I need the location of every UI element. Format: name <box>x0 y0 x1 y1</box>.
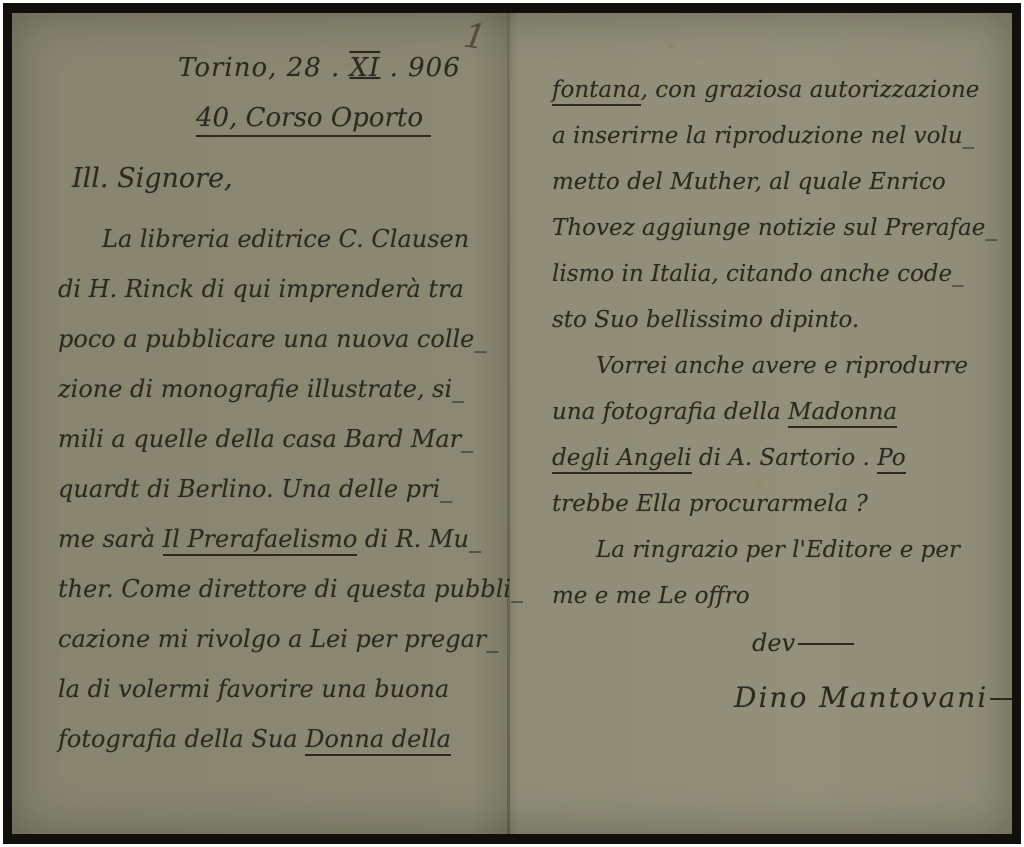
scan-outer-frame: 1 Torino, 28 . XI . 906 40, Corso Oporto… <box>0 0 1024 847</box>
underlined-title: Il Prerafaelismo <box>163 525 358 556</box>
underlined-title: Donna della <box>305 725 451 756</box>
line-text: fotografia della Sua <box>58 725 305 753</box>
handwritten-line: Vorrei anche avere e riprodurre <box>552 353 1004 399</box>
left-page-body: La libreria editrice C. Clausen di H. Ri… <box>58 225 524 775</box>
date-roman-numeral: XI <box>350 53 381 83</box>
closing-abbreviation: dev <box>752 629 854 657</box>
line-text: una fotografia della <box>552 399 788 425</box>
handwritten-line: trebbe Ella procurarmela ? <box>552 491 1004 537</box>
handwritten-line: sto Suo bellissimo dipinto. <box>552 307 1004 353</box>
handwritten-line: ther. Come direttore di questa pubbli_ <box>58 575 524 625</box>
handwritten-line: lismo in Italia, citando anche code_ <box>552 261 1004 307</box>
handwritten-line: poco a pubblicare una nuova colle_ <box>58 325 524 375</box>
underlined-title: Madonna <box>788 399 897 428</box>
handwritten-line: la di volermi favorire una buona <box>58 675 524 725</box>
date-line: Torino, 28 . XI . 906 <box>178 53 461 83</box>
date-prefix: Torino, 28 . <box>178 53 350 83</box>
handwritten-line: fotografia della Sua Donna della <box>58 725 524 775</box>
date-suffix: . 906 <box>380 53 460 83</box>
handwritten-line: me sarà Il Prerafaelismo di R. Mu_ <box>58 525 524 575</box>
letter-paper: 1 Torino, 28 . XI . 906 40, Corso Oporto… <box>12 13 1012 834</box>
handwritten-line: La libreria editrice C. Clausen <box>58 225 524 275</box>
handwritten-line: cazione mi rivolgo a Lei per pregar_ <box>58 625 524 675</box>
handwritten-line: zione di monografie illustrate, si_ <box>58 375 524 425</box>
line-text: me sarà <box>58 525 163 553</box>
closing-text: dev <box>752 629 795 657</box>
address-line: 40, Corso Oporto <box>196 103 431 137</box>
underlined-title: degli Angeli <box>552 445 692 474</box>
line-text: di A. Sartorio . <box>692 445 878 471</box>
signature-text: Dino Mantovani <box>734 681 988 714</box>
handwritten-line: degli Angeli di A. Sartorio . Po <box>552 445 1004 491</box>
handwritten-line: di H. Rinck di qui imprenderà tra <box>58 275 524 325</box>
hyphenated-word: Po <box>877 445 905 474</box>
handwritten-line: a inserirne la riproduzione nel volu_ <box>552 123 1004 169</box>
signature-flourish <box>990 698 1012 700</box>
right-page-body: fontana, con graziosa autorizzazione a i… <box>552 77 1004 629</box>
line-text: di R. Mu_ <box>357 525 481 553</box>
handwritten-line: fontana, con graziosa autorizzazione <box>552 77 1004 123</box>
handwritten-line: una fotografia della Madonna <box>552 399 1004 445</box>
handwritten-line: mili a quelle della casa Bard Mar_ <box>58 425 524 475</box>
line-text: , con graziosa autorizzazione <box>641 77 980 103</box>
photo-black-border: 1 Torino, 28 . XI . 906 40, Corso Oporto… <box>3 3 1021 844</box>
handwritten-line: metto del Muther, al quale Enrico <box>552 169 1004 215</box>
handwritten-line: La ringrazio per l'Editore e per <box>552 537 1004 583</box>
handwritten-line: me e me Le offro <box>552 583 1004 629</box>
handwritten-line: Thovez aggiunge notizie sul Prerafae_ <box>552 215 1004 261</box>
underlined-title: fontana <box>552 77 641 106</box>
handwritten-line: quardt di Berlino. Una delle pri_ <box>58 475 524 525</box>
signature: Dino Mantovani <box>734 681 1012 714</box>
salutation: Ill. Signore, <box>72 163 233 194</box>
pen-flourish <box>798 643 854 645</box>
page-number-pencil: 1 <box>461 16 489 59</box>
